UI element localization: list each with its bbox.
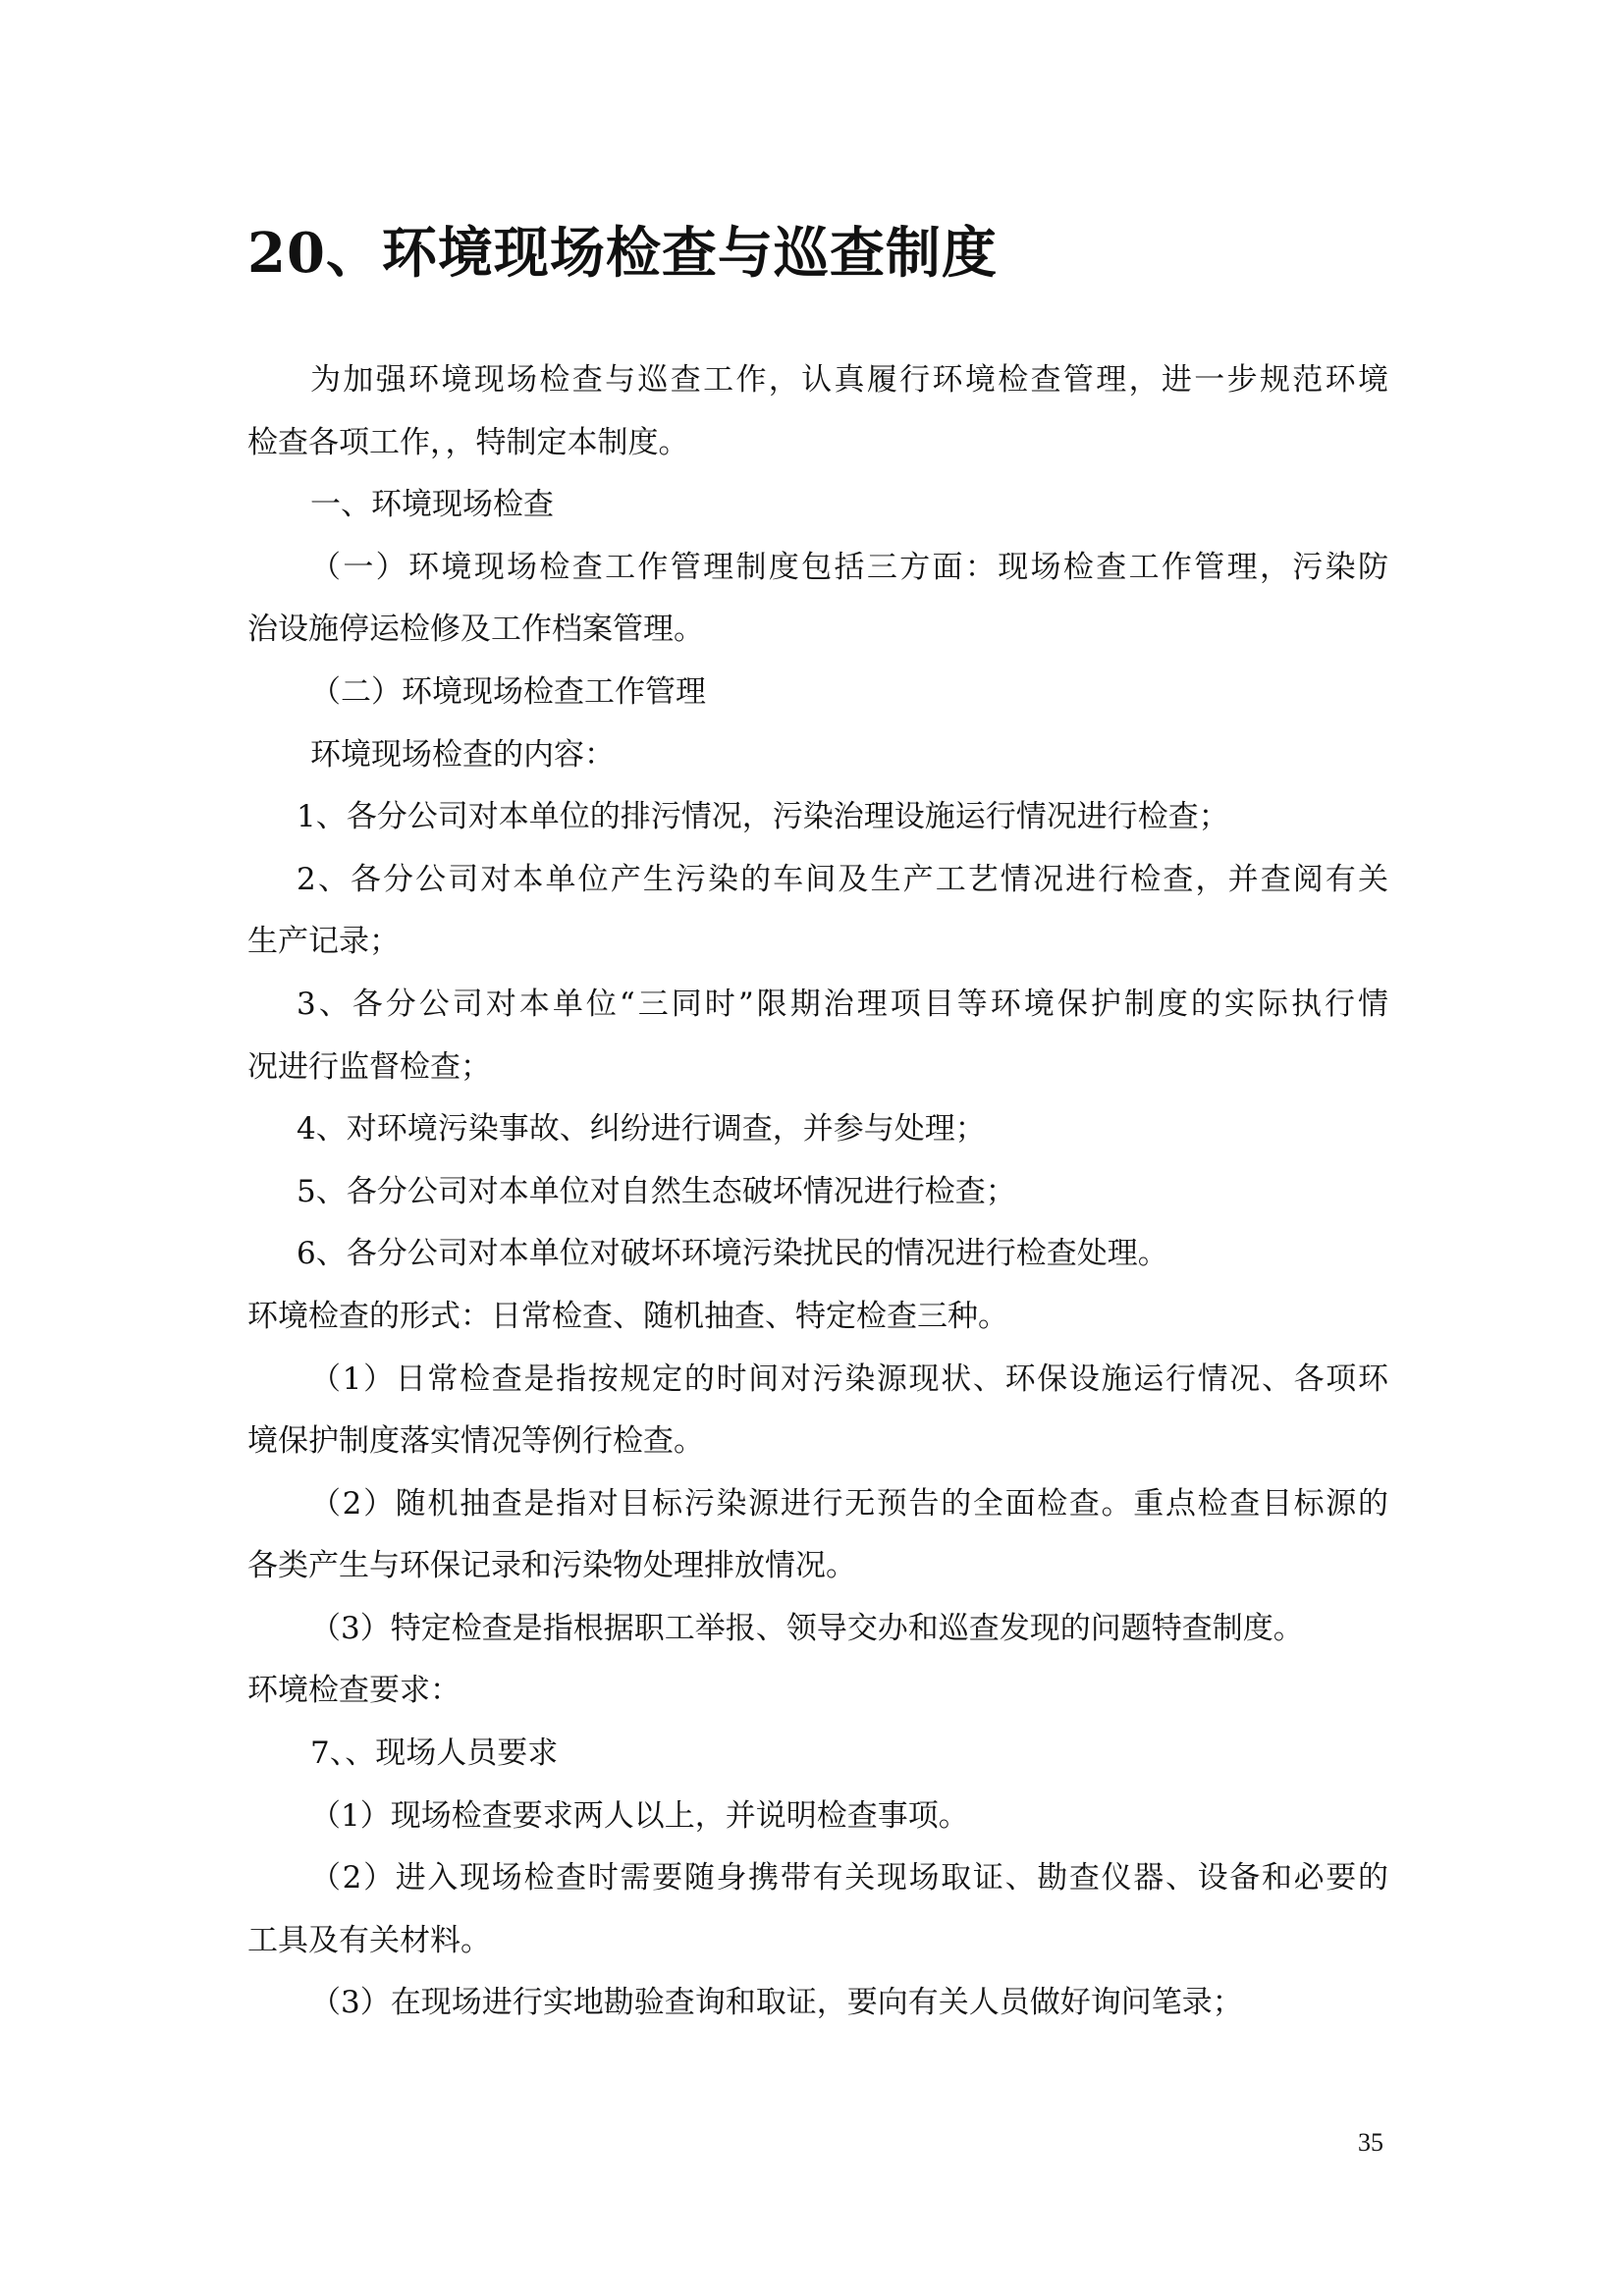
list-item: （2）进入现场检查时需要随身携带有关现场取证、勘查仪器、设备和必要的 [247,1847,1388,1910]
list-item-continuation: 境保护制度落实情况等例行检查。 [247,1411,1388,1473]
paragraph-line: （一）环境现场检查工作管理制度包括三方面：现场检查工作管理，污染防 [247,537,1388,600]
paragraph-line: 环境现场检查的内容： [247,724,1388,787]
list-item: （2）随机抽查是指对目标污染源进行无预告的全面检查。重点检查目标源的 [247,1473,1388,1536]
list-item: （3）特定检查是指根据职工举报、领导交办和巡查发现的问题特查制度。 [247,1598,1388,1661]
paragraph-line: 检查各项工作，，特制定本制度。 [247,412,1388,475]
list-item: 6、各分公司对本单位对破坏环境污染扰民的情况进行检查处理。 [247,1223,1388,1286]
page-title: 20、环境现场检查与巡查制度 [247,214,998,293]
paragraph-line: 环境检查要求： [247,1660,1388,1723]
list-item: （1）现场检查要求两人以上，并说明检查事项。 [247,1786,1388,1848]
section-heading: 一、环境现场检查 [247,474,1388,537]
subsection-heading: （二）环境现场检查工作管理 [247,662,1388,724]
list-item: （3）在现场进行实地勘验查询和取证，要向有关人员做好询问笔录； [247,1972,1388,2035]
list-item-continuation: 生产记录； [247,911,1388,974]
list-item-continuation: 各类产生与环保记录和污染物处理排放情况。 [247,1535,1388,1598]
list-item: 4、对环境污染事故、纠纷进行调查，并参与处理； [247,1098,1388,1161]
paragraph-line: 为加强环境现场检查与巡查工作，认真履行环境检查管理，进一步规范环境 [247,349,1388,412]
list-item: 7、、现场人员要求 [247,1723,1388,1786]
list-item-continuation: 况进行监督检查； [247,1037,1388,1099]
list-item: 3、各分公司对本单位“三同时”限期治理项目等环境保护制度的实际执行情 [247,974,1388,1037]
paragraph-line: 治设施停运检修及工作档案管理。 [247,599,1388,662]
document-body: 为加强环境现场检查与巡查工作，认真履行环境检查管理，进一步规范环境 检查各项工作… [247,349,1388,2035]
list-item: 5、各分公司对本单位对自然生态破坏情况进行检查； [247,1161,1388,1224]
paragraph-line: 环境检查的形式：日常检查、随机抽查、特定检查三种。 [247,1286,1388,1349]
list-item: 1、各分公司对本单位的排污情况，污染治理设施运行情况进行检查； [247,786,1388,849]
page-number: 35 [1358,2128,1383,2158]
list-item-continuation: 工具及有关材料。 [247,1910,1388,1973]
list-item: 2、各分公司对本单位产生污染的车间及生产工艺情况进行检查，并查阅有关 [247,849,1388,912]
list-item: （1）日常检查是指按规定的时间对污染源现状、环保设施运行情况、各项环 [247,1349,1388,1412]
